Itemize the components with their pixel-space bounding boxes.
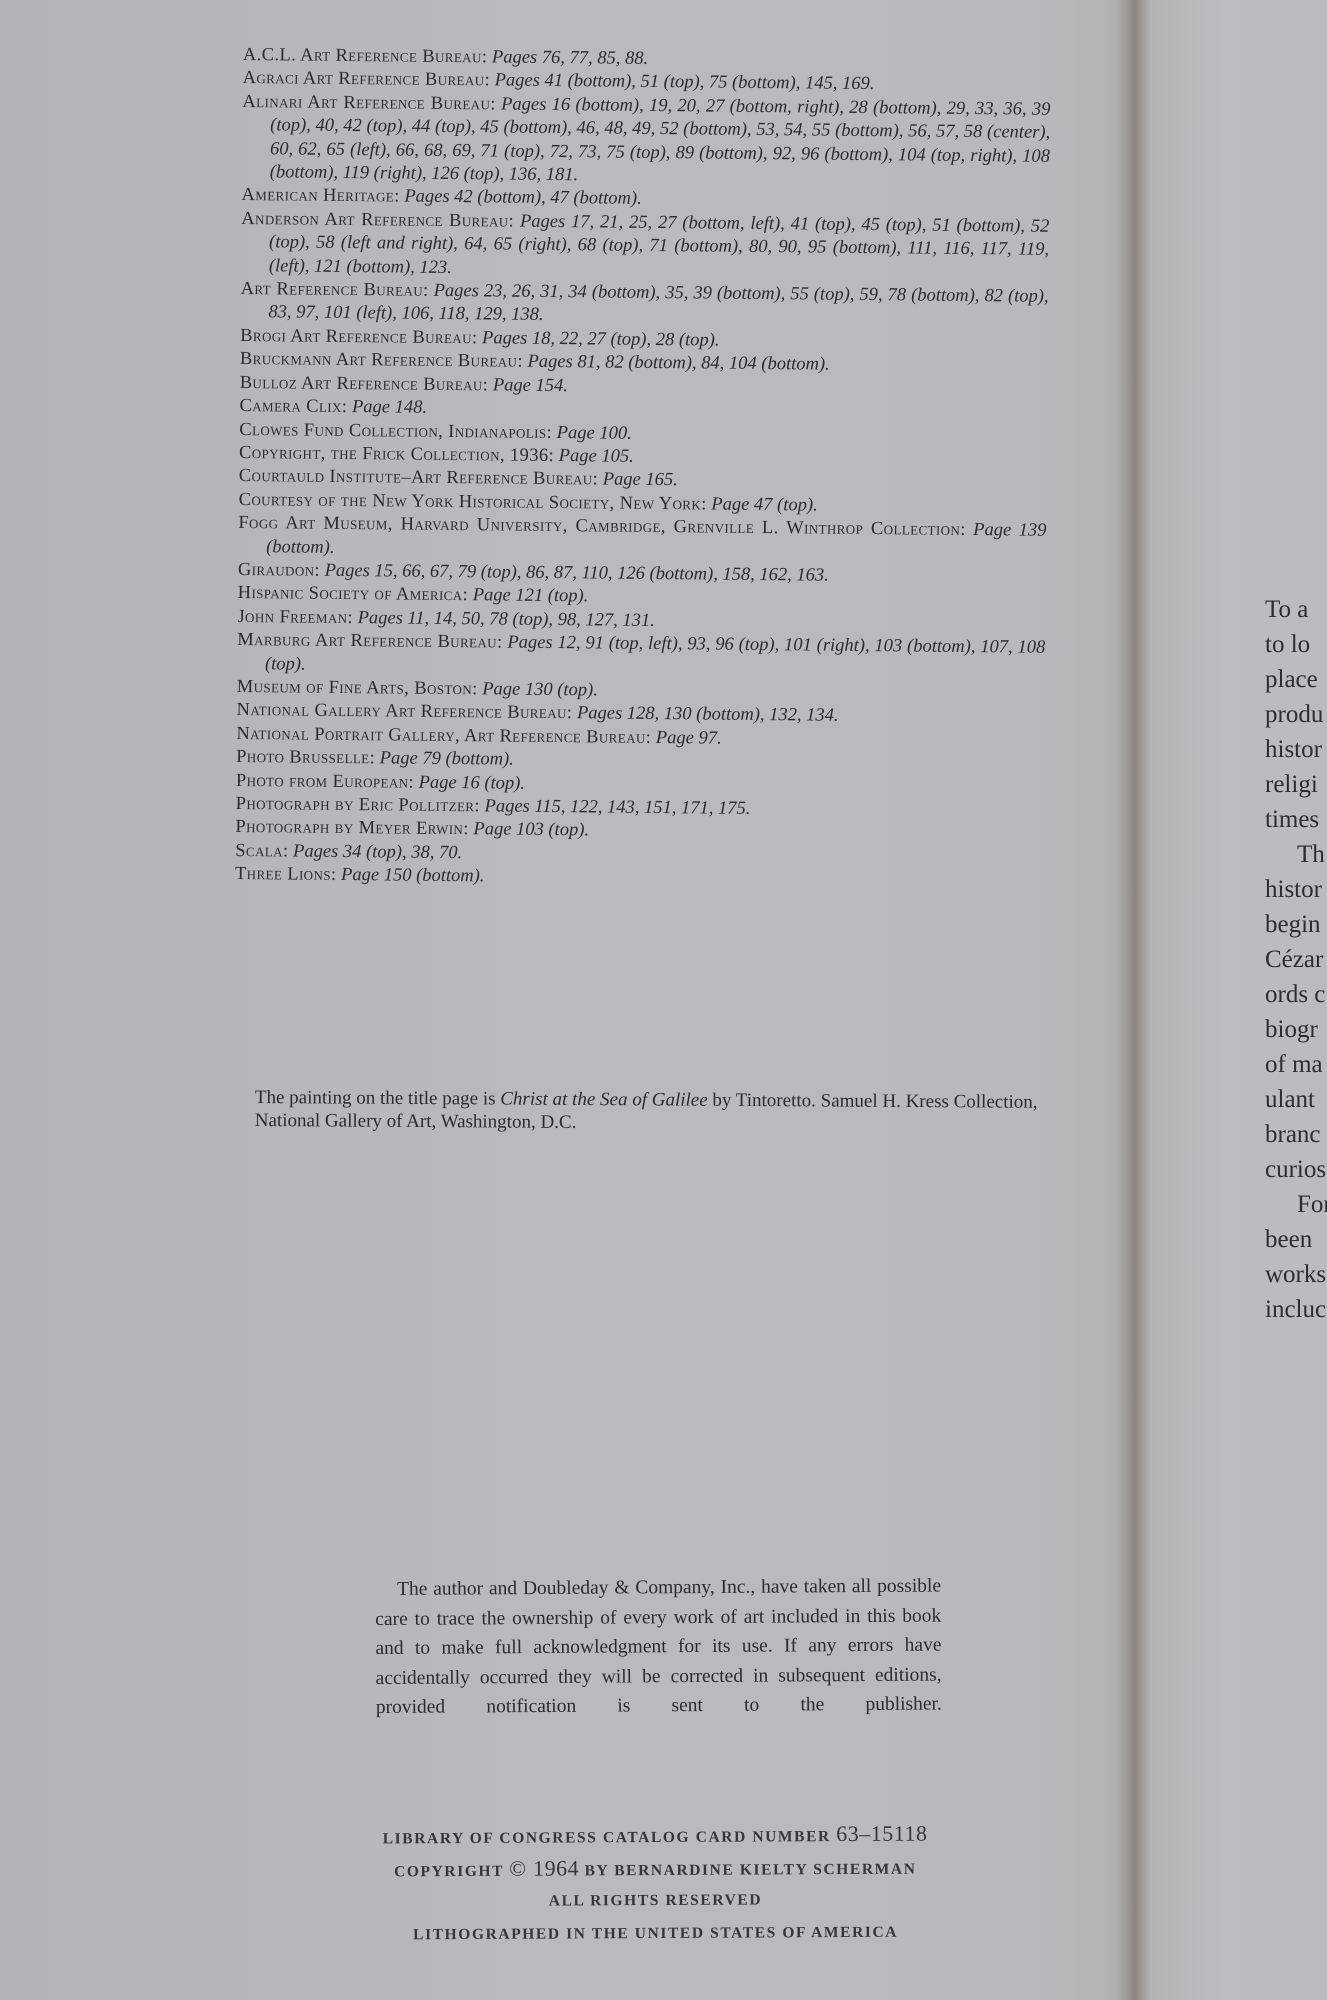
credit-source: Art Reference Bureau: <box>241 279 429 301</box>
right-page-line: produ <box>1265 697 1327 732</box>
credit-source: Museum of Fine Arts, Boston: <box>237 677 478 699</box>
credit-source: National Portrait Gallery, Art Reference… <box>236 724 651 748</box>
credit-pages: Pages 41 (bottom), 51 (top), 75 (bottom)… <box>495 71 875 95</box>
right-page-line: ords c <box>1265 977 1327 1012</box>
credit-pages: Page 79 (bottom). <box>380 749 514 770</box>
credit-pages: Page 100. <box>557 423 632 444</box>
credit-pages: Pages 42 (bottom), 47 (bottom). <box>404 187 642 209</box>
right-page-line: incluc <box>1265 1292 1327 1327</box>
credit-source: Clowes Fund Collection, Indianapolis: <box>239 419 552 442</box>
right-page-line: histor <box>1265 732 1327 767</box>
right-page-line: religi <box>1265 767 1327 802</box>
credit-source: Courtesy of the New York Historical Soci… <box>239 490 707 514</box>
copyright-label: COPYRIGHT <box>394 1863 504 1881</box>
credit-source: Bruckmann Art Reference Bureau: <box>240 349 523 372</box>
painting-title: Christ at the Sea of Galilee <box>500 1088 708 1110</box>
catalog-label: LIBRARY OF CONGRESS CATALOG CARD NUMBER <box>383 1828 831 1847</box>
right-page-line: For <box>1265 1187 1327 1222</box>
credit-pages: Page 130 (top). <box>482 679 598 700</box>
disclaimer-text: The author and Doubleday & Company, Inc.… <box>375 1572 942 1723</box>
right-page-line: biogr <box>1265 1012 1327 1047</box>
credit-source: Photo from European: <box>236 771 414 793</box>
credit-entry: Anderson Art Reference Bureau: Pages 17,… <box>241 208 1050 286</box>
credit-source: Copyright, the Frick Collection, 1936: <box>239 443 554 466</box>
credit-source: Hispanic Society of America: <box>238 583 469 605</box>
credit-entry: Art Reference Bureau: Pages 23, 26, 31, … <box>240 278 1048 333</box>
right-page-line: been <box>1265 1222 1327 1257</box>
credit-pages: Page 105. <box>559 446 634 467</box>
left-page: A.C.L. Art Reference Bureau: Pages 76, 7… <box>0 0 1126 2000</box>
right-page-line: Th <box>1265 837 1327 872</box>
credit-source: John Freeman: <box>237 607 353 628</box>
right-page-line: ulant <box>1265 1082 1327 1117</box>
title-page-note: The painting on the title page is Christ… <box>255 1086 1055 1137</box>
right-page-line: times <box>1265 802 1327 837</box>
credit-pages: Pages 115, 122, 143, 151, 171, 175. <box>484 796 750 819</box>
credit-pages: Pages 11, 14, 50, 78 (top), 98, 127, 131… <box>358 608 655 631</box>
book-gutter <box>1118 0 1152 2000</box>
right-page-line: works <box>1265 1257 1327 1292</box>
credit-source: Marburg Art Reference Bureau: <box>237 630 502 653</box>
imprint-block: LIBRARY OF CONGRESS CATALOG CARD NUMBER … <box>370 1817 941 1952</box>
right-page-line: branc <box>1265 1117 1327 1152</box>
credit-entry: Alinari Art Reference Bureau: Pages 16 (… <box>242 91 1051 192</box>
credit-source: Camera Clix: <box>239 396 347 417</box>
credit-source: National Gallery Art Reference Bureau: <box>237 700 573 723</box>
credit-entry: Fogg Art Museum, Harvard University, Cam… <box>238 512 1046 567</box>
credit-source: Photograph by Eric Pollitzer: <box>236 794 480 816</box>
printing-line: LITHOGRAPHED IN THE UNITED STATES OF AME… <box>371 1916 941 1952</box>
credit-source: A.C.L. Art Reference Bureau: <box>243 45 488 67</box>
credit-pages: Page 121 (top). <box>473 586 589 607</box>
credit-source: Anderson Art Reference Bureau: <box>241 209 514 232</box>
credit-pages: Pages 81, 82 (bottom), 84, 104 (bottom). <box>527 352 829 375</box>
credit-source: Bulloz Art Reference Bureau: <box>240 373 489 395</box>
credit-pages: Pages 15, 66, 67, 79 (top), 86, 87, 110,… <box>325 561 829 586</box>
right-page-line: of ma <box>1265 1047 1327 1082</box>
right-page-line: Cézar <box>1265 942 1327 977</box>
credit-pages: Pages 128, 130 (bottom), 132, 134. <box>577 704 839 727</box>
right-page: To ato loplaceproduhistorreligitimesThhi… <box>1152 0 1327 2000</box>
credit-source: Alinari Art Reference Bureau: <box>242 92 496 114</box>
credit-source: Three Lions: <box>235 864 337 885</box>
catalog-line: LIBRARY OF CONGRESS CATALOG CARD NUMBER … <box>370 1817 940 1853</box>
copyright-year: 1964 <box>533 1855 579 1880</box>
right-page-line: begin <box>1265 907 1327 942</box>
credit-source: Courtauld Institute–Art Reference Bureau… <box>239 466 598 489</box>
credit-source: Fogg Art Museum, Harvard University, Cam… <box>238 513 966 540</box>
credit-source: Brogi Art Reference Bureau: <box>240 326 477 348</box>
right-page-text-fragment: To ato loplaceproduhistorreligitimesThhi… <box>1265 592 1327 1327</box>
title-note-before: The painting on the title page is <box>255 1087 500 1109</box>
credit-source: American Heritage: <box>241 185 399 207</box>
credit-pages: Page 97. <box>656 728 722 749</box>
rights-line: ALL RIGHTS RESERVED <box>370 1883 940 1919</box>
credit-source: Giraudon: <box>238 560 320 581</box>
right-page-line: place <box>1265 662 1327 697</box>
right-page-line: curios <box>1265 1152 1327 1187</box>
credit-pages: Page 154. <box>493 375 568 396</box>
credit-pages: Pages 34 (top), 38, 70. <box>293 841 462 863</box>
credit-pages: Pages 18, 22, 27 (top), 28 (top). <box>482 328 720 350</box>
credit-entry: Marburg Art Reference Bureau: Pages 12, … <box>237 629 1045 684</box>
right-page-line: histor <box>1265 872 1327 907</box>
credit-pages: Page 47 (top). <box>711 494 818 515</box>
photo-credits-list: A.C.L. Art Reference Bureau: Pages 76, 7… <box>235 44 1051 894</box>
copyright-holder: BY BERNARDINE KIELTY SCHERMAN <box>585 1861 917 1880</box>
catalog-number: 63–15118 <box>836 1821 927 1846</box>
credit-pages: Page 165. <box>603 470 678 491</box>
credit-pages: Page 150 (bottom). <box>341 865 485 886</box>
credit-pages: Page 148. <box>352 397 427 418</box>
credit-source: Photograph by Meyer Erwin: <box>235 817 469 839</box>
copyright-symbol-icon: © <box>509 1856 527 1881</box>
right-page-line: to lo <box>1265 627 1327 662</box>
credit-pages: Page 103 (top). <box>473 820 589 841</box>
credit-pages: Pages 76, 77, 85, 88. <box>492 47 648 68</box>
ownership-disclaimer: The author and Doubleday & Company, Inc.… <box>375 1572 942 1723</box>
credit-source: Agraci Art Reference Bureau: <box>243 68 491 90</box>
credit-source: Scala: <box>235 841 288 862</box>
copyright-line: COPYRIGHT © 1964 BY BERNARDINE KIELTY SC… <box>370 1850 940 1886</box>
credit-pages: Page 16 (top). <box>419 772 526 793</box>
credit-source: Photo Brusselle: <box>236 747 375 768</box>
book-spread: A.C.L. Art Reference Bureau: Pages 76, 7… <box>0 0 1327 2000</box>
right-page-line: To a <box>1265 592 1327 627</box>
